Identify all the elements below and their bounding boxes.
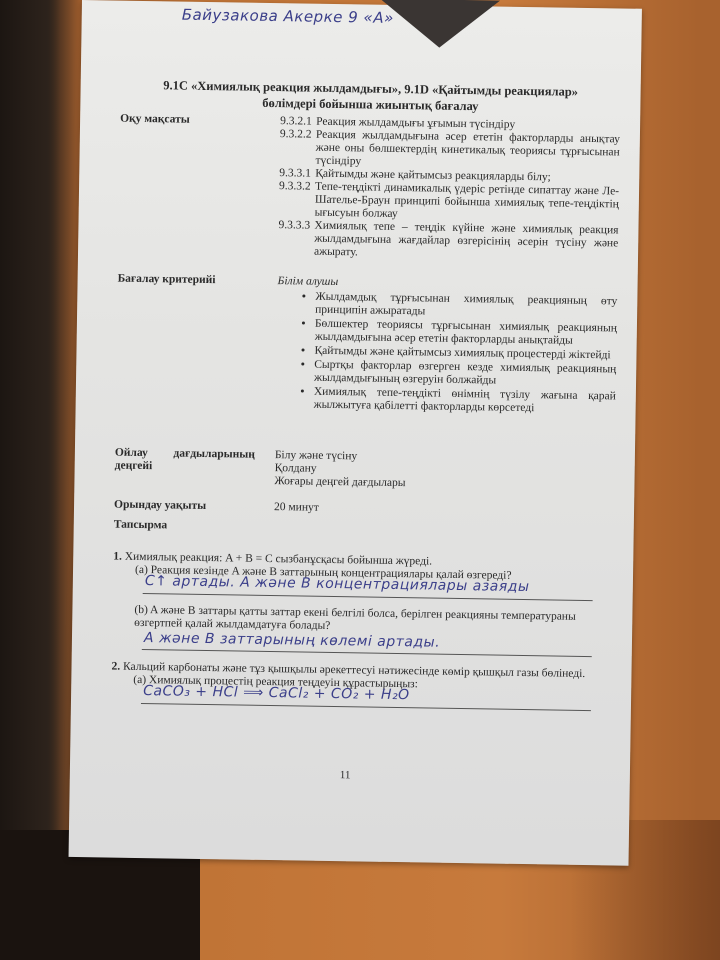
learning-objectives-list: 9.3.2.1Реакция жылдамдығы ұғымын түсінді… (278, 115, 620, 263)
task-heading: Тапсырма (114, 519, 168, 532)
thinking-levels-label: Ойлау дағдыларының деңгейі (115, 447, 255, 475)
time-section: Орындау уақыты 20 минут (114, 499, 614, 507)
objective-code: 9.3.3.2 (279, 180, 316, 220)
student-name: Байузакова Акерке 9 «А» (182, 6, 394, 27)
learning-objective-item: 9.3.3.3Химиялық тепе – теңдік күйіне жән… (278, 219, 619, 263)
criteria-list: Жылдамдық тұрғысынан химиялық реакцияның… (276, 290, 618, 416)
criteria-item: Бөлшектер теориясы тұрғысынан химиялық р… (315, 318, 617, 349)
objective-text: Тепе-теңдікті динамикалық үдеріс ретінде… (315, 181, 620, 225)
learning-objectives-label: Оқу мақсаты (120, 113, 270, 128)
learning-objective-item: 9.3.3.2Тепе-теңдікті динамикалық үдеріс … (279, 180, 620, 224)
worksheet-title: 9.1С «Химиялық реакция жылдамдығы», 9.1D… (120, 77, 620, 117)
thinking-levels-section: Ойлау дағдыларының деңгейі Білу және түс… (115, 447, 615, 455)
paper-fold-shadow (379, 0, 500, 49)
assessment-criteria-label: Бағалау критерийі (118, 273, 268, 288)
learning-objective-item: 9.3.2.2Реакция жылдамдығына әсер ететін … (279, 128, 620, 172)
thinking-levels-list: Білу және түсінуҚолдануЖоғары деңгей дағ… (274, 449, 615, 493)
criteria-item: Жылдамдық тұрғысынан химиялық реакцияның… (315, 291, 617, 322)
page-number: 11 (340, 769, 351, 781)
objective-text: Химиялық тепе – теңдік күйіне және химия… (314, 220, 619, 264)
objective-code: 9.3.3.1 (279, 167, 315, 181)
objective-code: 9.3.2.2 (279, 128, 316, 168)
criteria-item: Химиялық тепе-теңдікті өнімнің түзілу жа… (314, 386, 616, 417)
time-value: 20 минут (274, 501, 614, 519)
desk-shadow (0, 0, 80, 960)
objective-text: Реакция жылдамдығына әсер ететін факторл… (315, 129, 620, 173)
assessment-criteria-section: Бағалау критерийі Білім алушы Жылдамдық … (118, 273, 618, 281)
worksheet-paper: Байузакова Акерке 9 «А» 9.1С «Химиялық р… (69, 0, 642, 866)
objective-code: 9.3.3.3 (278, 219, 315, 259)
time-label: Орындау уақыты (114, 499, 264, 514)
objective-code: 9.3.2.1 (280, 115, 316, 129)
assessment-criteria-content: Білім алушы Жылдамдық тұрғысынан химиялы… (276, 275, 618, 417)
criteria-item: Сыртқы факторлар өзгерген кезде химиялық… (314, 359, 616, 390)
